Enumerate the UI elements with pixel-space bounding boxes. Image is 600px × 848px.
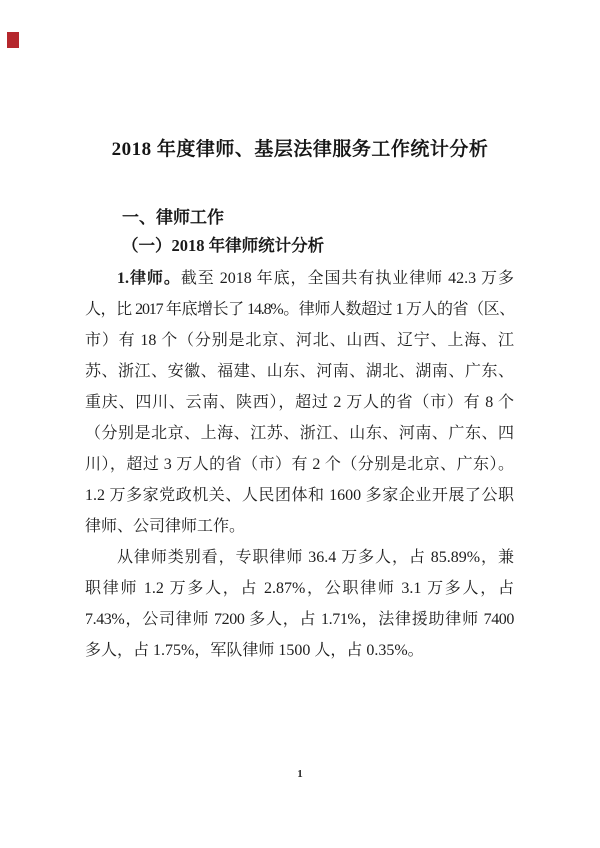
body-line-text: 截至 2018 年底，全国共有执业律师 42.3 万多 [181, 270, 514, 287]
body-text: 1.律师。截至 2018 年底，全国共有执业律师 42.3 万多 人，比 201… [85, 263, 514, 666]
paragraph-lead-bold: 1.律师。 [117, 270, 181, 287]
body-line: 职律师 1.2 万多人，占 2.87%，公职律师 3.1 万多人，占 [85, 573, 514, 604]
body-line: 市）有 18 个（分别是北京、河北、山西、辽宁、上海、江 [85, 325, 514, 356]
body-line: 7.43%，公司律师 7200 多人，占 1.71%，法律援助律师 7400 [85, 604, 514, 635]
page-number: 1 [0, 768, 600, 780]
document-page: 2018 年度律师、基层法律服务工作统计分析 一、律师工作 （一）2018 年律… [0, 0, 600, 848]
subsection-heading-2018-statistics: （一）2018 年律师统计分析 [122, 232, 324, 256]
body-line: 川），超过 3 万人的省（市）有 2 个（分别是北京、广东）。 [85, 449, 514, 480]
section-heading-lawyer-work: 一、律师工作 [122, 203, 224, 228]
body-line: 1.2 万多家党政机关、人民团体和 1600 多家企业开展了公职 [85, 480, 514, 511]
body-line: 多人，占 1.75%，军队律师 1500 人，占 0.35%。 [85, 635, 514, 666]
body-line: 1.律师。截至 2018 年底，全国共有执业律师 42.3 万多 [85, 263, 514, 294]
document-title: 2018 年度律师、基层法律服务工作统计分析 [0, 134, 600, 161]
body-line: （分别是北京、上海、江苏、浙江、山东、河南、广东、四 [85, 418, 514, 449]
body-line: 律师、公司律师工作。 [85, 511, 514, 542]
body-line: 苏、浙江、安徽、福建、山东、河南、湖北、湖南、广东、 [85, 356, 514, 387]
red-scan-mark [7, 32, 19, 48]
body-line: 重庆、四川、云南、陕西），超过 2 万人的省（市）有 8 个 [85, 387, 514, 418]
body-line: 从律师类别看，专职律师 36.4 万多人，占 85.89%，兼 [85, 542, 514, 573]
body-line: 人，比 2017 年底增长了 14.8%。律师人数超过 1 万人的省（区、 [85, 294, 514, 325]
